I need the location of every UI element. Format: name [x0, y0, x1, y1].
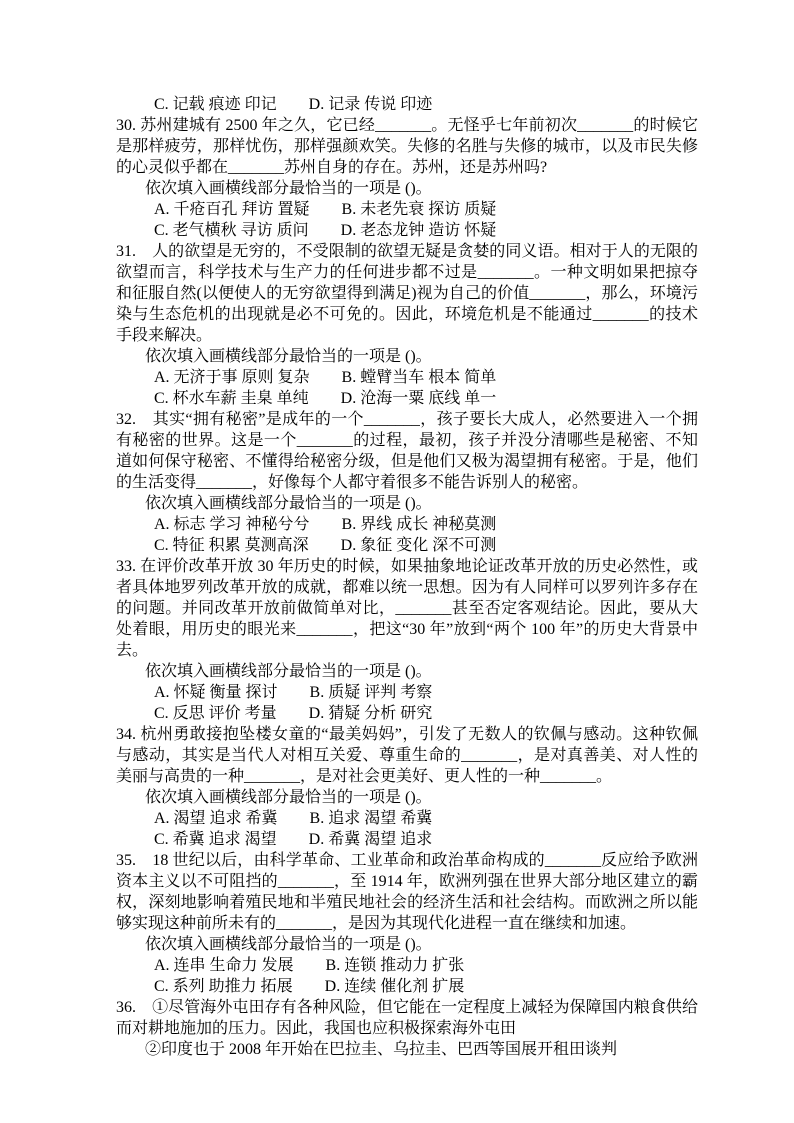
exam-page: C. 记载 痕迹 印记 D. 记录 传说 印迹30. 苏州建城有 2500 年之… — [0, 0, 794, 1123]
answer-option-line: A. 标志 学习 神秘兮兮 B. 界线 成长 神秘莫测 — [116, 514, 698, 535]
answer-option-line: C. 记载 痕迹 印记 D. 记录 传说 印迹 — [116, 94, 698, 115]
numbered-item: ②印度也于 2008 年开始在巴拉圭、乌拉圭、巴西等国展开租田谈判 — [116, 1039, 698, 1060]
answer-option-line: C. 反思 评价 考量 D. 猜疑 分析 研究 — [116, 703, 698, 724]
fill-in-prompt: 依次填入画横线部分最恰当的一项是 ()。 — [116, 493, 698, 514]
answer-option-line: C. 老气横秋 寻访 质问 D. 老态龙钟 造访 怀疑 — [116, 220, 698, 241]
fill-in-prompt: 依次填入画横线部分最恰当的一项是 ()。 — [116, 178, 698, 199]
fill-in-prompt: 依次填入画横线部分最恰当的一项是 ()。 — [116, 787, 698, 808]
answer-option-line: A. 无济于事 原则 复杂 B. 螳臂当车 根本 简单 — [116, 367, 698, 388]
question-stem: 30. 苏州建城有 2500 年之久，它已经_______。无怪乎七年前初次__… — [116, 115, 698, 178]
question-stem: 35. 18 世纪以后，由科学革命、工业革命和政治革命构成的_______反应给… — [116, 850, 698, 934]
answer-option-line: C. 系列 助推力 拓展 D. 连续 催化剂 扩展 — [116, 976, 698, 997]
fill-in-prompt: 依次填入画横线部分最恰当的一项是 ()。 — [116, 661, 698, 682]
answer-option-line: C. 杯水车薪 圭臬 单纯 D. 沧海一粟 底线 单一 — [116, 388, 698, 409]
answer-option-line: A. 千疮百孔 拜访 置疑 B. 未老先衰 探访 质疑 — [116, 199, 698, 220]
answer-option-line: A. 渴望 追求 希冀 B. 追求 渴望 希冀 — [116, 808, 698, 829]
question-stem: 32. 其实“拥有秘密”是成年的一个_______，孩子要长大成人，必然要进入一… — [116, 409, 698, 493]
fill-in-prompt: 依次填入画横线部分最恰当的一项是 ()。 — [116, 346, 698, 367]
answer-option-line: A. 怀疑 衡量 探讨 B. 质疑 评判 考察 — [116, 682, 698, 703]
question-stem: 36. ①尽管海外屯田存有各种风险，但它能在一定程度上减轻为保障国内粮食供给而对… — [116, 997, 698, 1039]
answer-option-line: A. 连串 生命力 发展 B. 连锁 推动力 扩张 — [116, 955, 698, 976]
document-body: C. 记载 痕迹 印记 D. 记录 传说 印迹30. 苏州建城有 2500 年之… — [116, 94, 698, 1060]
question-stem: 31. 人的欲望是无穷的，不受限制的欲望无疑是贪婪的同义语。相对于人的无限的欲望… — [116, 241, 698, 346]
fill-in-prompt: 依次填入画横线部分最恰当的一项是 ()。 — [116, 934, 698, 955]
question-stem: 33. 在评价改革开放 30 年历史的时候，如果抽象地论证改革开放的历史必然性，… — [116, 556, 698, 661]
answer-option-line: C. 希冀 追求 渴望 D. 希冀 渴望 追求 — [116, 829, 698, 850]
answer-option-line: C. 特征 积累 莫测高深 D. 象征 变化 深不可测 — [116, 535, 698, 556]
question-stem: 34. 杭州勇敢接抱坠楼女童的“最美妈妈”，引发了无数人的钦佩与感动。这种钦佩与… — [116, 724, 698, 787]
